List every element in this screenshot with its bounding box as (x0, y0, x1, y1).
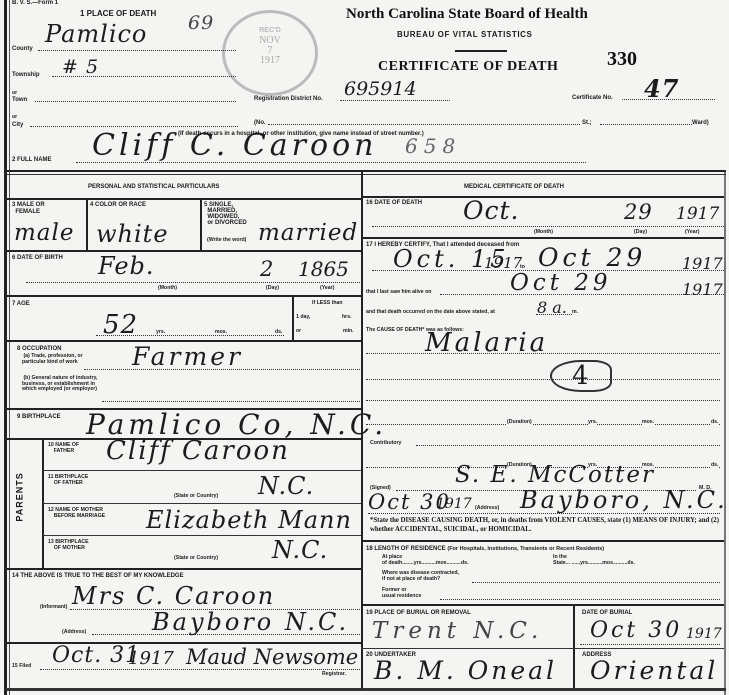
form-id: B. V. S.—Form 1 (12, 0, 58, 7)
cause-line-1 (366, 353, 720, 354)
county-note: 69 (188, 12, 214, 34)
in-state-label: In theState... ......yrs..........mos...… (553, 555, 635, 566)
stamp-year: 1917 (225, 55, 315, 66)
time-suffix: m. (572, 310, 578, 316)
dod-line (372, 226, 724, 227)
certificate-title: CERTIFICATE OF DEATH (378, 59, 558, 75)
one-day-label: 1 day, (296, 315, 310, 321)
burial-date-line (580, 644, 720, 645)
row-rule (6, 250, 362, 252)
cell-divider (573, 604, 575, 688)
attended-to[interactable]: Oct 29 (538, 243, 646, 272)
full-name-value[interactable]: Cliff C. Caroon (92, 128, 377, 163)
cause-code: 4 (550, 360, 612, 392)
less-than-label: If LESS than (312, 301, 343, 307)
occurred-label: and that death occurred on the date abov… (366, 310, 495, 316)
mother-value[interactable]: Elizabeth Mann (146, 506, 352, 534)
board-name: North Carolina State Board of Health (346, 6, 588, 23)
street-line (268, 124, 580, 125)
dob-day[interactable]: 2 (260, 257, 274, 281)
row-rule (6, 295, 362, 297)
row-rule (43, 503, 361, 504)
dob-month[interactable]: Feb. (98, 252, 155, 280)
age-line (96, 335, 284, 336)
town-label: Town (12, 97, 27, 104)
county-line (38, 50, 236, 51)
dod-month-hint: (Month) (534, 230, 553, 236)
mother-birthplace-label: 13 BIRTHPLACE OF MOTHER (48, 540, 89, 551)
duration-yrs: yrs. (588, 420, 597, 426)
county-value[interactable]: Pamlico (45, 20, 147, 48)
burial-date-label: DATE OF BURIAL (582, 610, 632, 617)
ward-line (600, 124, 692, 125)
township-value[interactable]: # 5 (62, 56, 99, 78)
city-label: City (12, 122, 23, 129)
burial-date-value[interactable]: Oct 30 (590, 618, 682, 643)
duration-label: (Duration) (506, 420, 533, 426)
bureau-name: BUREAU OF VITAL STATISTICS (397, 31, 532, 40)
race-label: 4 COLOR OR RACE (90, 202, 146, 209)
informant-address-value[interactable]: Bayboro N.C. (152, 608, 349, 636)
dod-year[interactable]: 1917 (676, 204, 719, 224)
cell-divider (200, 198, 202, 250)
at-place-label: At placeof death........yrs..........mos… (382, 555, 468, 566)
physician-address-label: (Address) (475, 506, 499, 512)
attended-to-year[interactable]: 1917 (682, 254, 723, 273)
undertaker-value[interactable]: B. M. Oneal (374, 656, 557, 685)
father-birthplace-label: 11 BIRTHPLACE OF FATHER (48, 475, 88, 486)
cause-footnote: *State the DISEASE CAUSING DEATH, or, in… (370, 517, 722, 535)
filed-line (40, 669, 360, 670)
mother-state-hint: (State or Country) (174, 556, 218, 562)
contributory-ds: ds. (711, 463, 719, 469)
full-name-label: 2 FULL NAME (12, 157, 52, 164)
dob-line (26, 282, 360, 283)
month-hint: (Month) (158, 286, 177, 292)
section-rule (6, 174, 726, 175)
registration-district-value[interactable]: 695914 (344, 78, 417, 100)
father-value[interactable]: Cliff Caroon (106, 436, 290, 466)
registration-district-line (340, 100, 450, 101)
occupation-label: 8 OCCUPATION (17, 346, 61, 353)
section-rule (6, 170, 726, 172)
residence-label: 18 LENGTH OF RESIDENCE (For Hospitals, I… (366, 546, 604, 553)
duration-line (366, 424, 720, 425)
age-yrs: yrs. (156, 330, 165, 336)
last-saw-year[interactable]: 1917 (682, 280, 723, 299)
physician-address[interactable]: Bayboro, N.C. (520, 486, 728, 514)
age-label: 7 AGE (12, 301, 30, 308)
duration-ds: ds. (711, 420, 719, 426)
cell-divider (86, 198, 88, 250)
dod-day-hint: (Day) (634, 230, 647, 236)
former-residence-line (440, 599, 720, 600)
header-rule (455, 50, 507, 52)
time-value[interactable]: 8 a. (537, 298, 567, 317)
filed-label: 15 Filed (12, 664, 31, 670)
stamp-day: 7 (225, 46, 315, 55)
or-min-label: or (296, 329, 301, 335)
row-rule (362, 540, 724, 542)
personal-section-title: PERSONAL AND STATISTICAL PARTICULARS (88, 184, 220, 191)
dob-year[interactable]: 1865 (298, 257, 349, 281)
residence-hint: (For Hospitals, Institutions, Transients… (447, 546, 604, 552)
occupation-value[interactable]: Farmer (132, 342, 243, 371)
marital-hint: (Write the word) (207, 238, 246, 244)
registrar-label: Registrar. (322, 672, 346, 678)
informant-address-label: (Address) (62, 630, 86, 636)
full-name-note: 658 (405, 134, 461, 158)
occupation-b-line (102, 401, 360, 402)
certificate-border (6, 688, 726, 691)
town-line (35, 101, 236, 102)
place-of-death-heading: 1 PLACE OF DEATH (80, 10, 156, 19)
informant-value[interactable]: Mrs C. Caroon (72, 582, 275, 610)
medical-section-title: MEDICAL CERTIFICATE OF DEATH (464, 184, 564, 191)
occupation-b-label: (b) General nature of industry,business,… (22, 376, 97, 393)
row-rule (43, 470, 361, 471)
city-line (30, 126, 238, 127)
informant-label: (Informant) (40, 605, 67, 611)
occupation-a-label: (a) Trade, profession, orparticular kind… (22, 354, 83, 365)
former-residence-label: Former orusual residence (382, 588, 421, 599)
row-rule (362, 196, 724, 198)
age-mos: mos. (215, 330, 227, 336)
registration-district-label: Registration District No. (254, 96, 323, 103)
informant-heading: 14 THE ABOVE IS TRUE TO THE BEST OF MY K… (12, 573, 184, 580)
row-rule (362, 604, 724, 606)
dod-label: 16 DATE OF DEATH (366, 200, 422, 207)
burial-date-year[interactable]: 1917 (686, 626, 722, 642)
marital-value[interactable]: married (258, 220, 358, 246)
row-rule (362, 237, 724, 239)
street-no-label: (No. (254, 120, 266, 127)
age-ds: ds. (275, 330, 283, 336)
cause-line-3 (366, 400, 720, 401)
row-rule (6, 568, 362, 570)
certificate-no-label: Certificate No. (572, 95, 613, 102)
certificate-border (724, 170, 726, 695)
father-birthplace-value[interactable]: N.C. (258, 472, 314, 500)
stamp-top: REC'D (225, 27, 315, 35)
dod-year-hint: (Year) (685, 230, 699, 236)
min-label: min. (343, 329, 354, 335)
burial-place-label: 19 PLACE OF BURIAL OR REMOVAL (366, 610, 471, 617)
mother-birthplace-value[interactable]: N.C. (272, 536, 328, 564)
town-or: or (12, 91, 17, 97)
row-rule (6, 198, 362, 200)
ward-label: Ward) (692, 120, 709, 127)
signed-year[interactable]: 1917 (436, 496, 472, 512)
received-stamp: REC'D NOV 7 1917 (222, 10, 318, 96)
sex-label: 3 MALE OR FEMALE (12, 202, 45, 215)
year-hint: (Year) (320, 286, 334, 292)
father-state-hint: (State or Country) (174, 494, 218, 500)
registrar-signature[interactable]: Maud Newsome (186, 645, 358, 669)
contributory-label: Contributory (370, 441, 401, 447)
last-saw-date[interactable]: Oct 29 (510, 270, 612, 296)
township-label: Township (12, 72, 40, 79)
marital-label: 5 SINGLE, MARRIED, WIDOWED, or DIVORCED (204, 202, 247, 226)
father-label: 10 NAME OF FATHER (48, 443, 79, 454)
filed-year[interactable]: 1917 (128, 648, 174, 669)
dod-day[interactable]: 29 (624, 200, 653, 224)
dob-label: 6 DATE OF BIRTH (12, 255, 63, 262)
certificate-border (4, 0, 7, 695)
row-rule (362, 648, 724, 649)
contributory-line (416, 445, 720, 446)
race-value[interactable]: white (96, 220, 169, 248)
last-saw-label: that I last saw him alive on (366, 290, 431, 296)
certificate-number: 330 (607, 48, 637, 71)
mother-label: 12 NAME OF MOTHER BEFORE MARRIAGE (48, 508, 105, 519)
birthplace-label: 9 BIRTHPLACE (17, 414, 61, 421)
certificate-border (9, 0, 10, 695)
street-st-label: St.; (582, 120, 592, 127)
city-or: or (12, 115, 17, 121)
cell-divider (292, 295, 294, 340)
county-label: County (12, 46, 33, 53)
parents-label: PARENTS (16, 472, 26, 521)
contracted-label: Where was disease contracted,if not at p… (382, 571, 459, 582)
day-hint: (Day) (266, 286, 279, 292)
certificate-no-value[interactable]: 47 (644, 74, 679, 103)
contracted-line (472, 582, 720, 583)
residence-title: 18 LENGTH OF RESIDENCE (366, 546, 446, 552)
burial-place-value[interactable]: Trent N.C. (372, 618, 543, 644)
duration-mos: mos. (642, 420, 654, 426)
cause-line-2 (366, 379, 720, 380)
filed-date[interactable]: Oct. 31 (52, 643, 140, 668)
undertaker-address-value[interactable]: Oriental (590, 656, 718, 685)
parents-divider (42, 438, 44, 570)
sex-value[interactable]: male (14, 220, 75, 246)
dod-month[interactable]: Oct. (463, 196, 520, 225)
hrs-label: hrs. (342, 315, 352, 321)
physician-signature[interactable]: S. E. McCotter (455, 462, 655, 488)
